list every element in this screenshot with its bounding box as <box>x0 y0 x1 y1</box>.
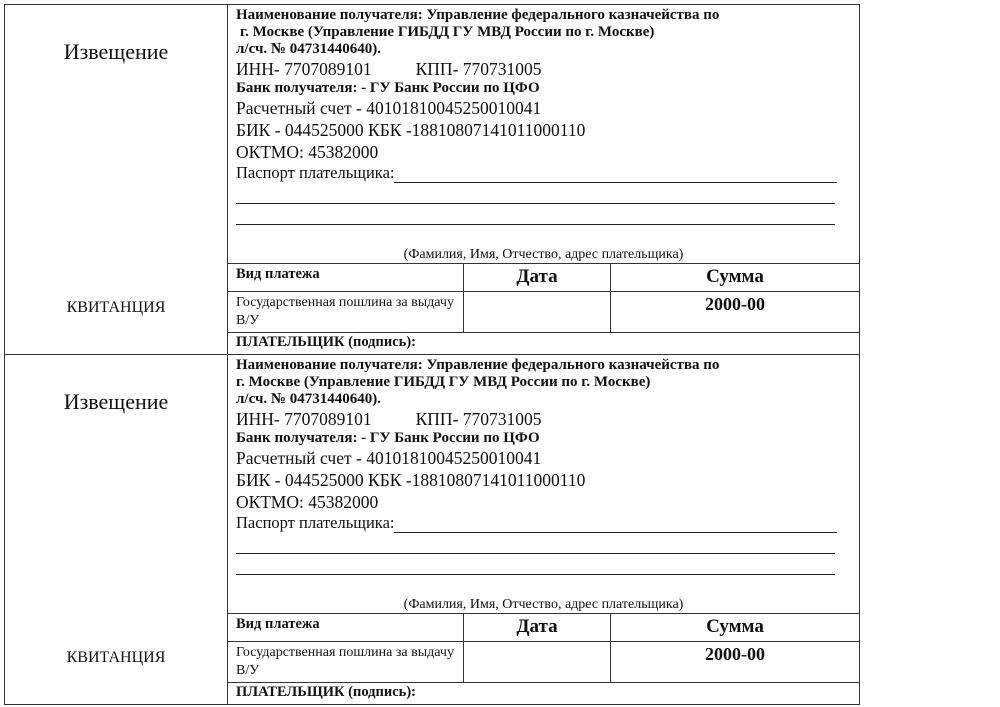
payer-signature[interactable]: ПЛАТЕЛЬЩИК (подпись): <box>228 333 859 351</box>
kpp: КПП- 770731005 <box>416 409 542 429</box>
notice-title: Извещение <box>5 389 227 415</box>
receipt-block-1: Извещение КВИТАНЦИЯ Наименование получат… <box>5 5 859 354</box>
receipt-block-2: Извещение КВИТАНЦИЯ Наименование получат… <box>5 354 859 704</box>
payer-name-hint: (Фамилия, Имя, Отчество, адрес плательщи… <box>228 247 859 263</box>
inn-kpp-line: ИНН- 7707089101КПП- 770731005 <box>236 408 859 430</box>
inn: ИНН- 7707089101 <box>236 59 372 79</box>
receipt-title: КВИТАНЦИЯ <box>5 649 227 667</box>
oktmo-line: ОКТМО: 45382000 <box>236 491 859 513</box>
header-payment-type: Вид платежа <box>228 264 464 291</box>
payment-type: Государственная пошлина за выдачу В/У <box>228 292 464 332</box>
notice-title: Извещение <box>5 39 227 65</box>
payment-date[interactable] <box>464 642 611 682</box>
passport-blank[interactable] <box>394 168 837 183</box>
payment-amount: 2000-00 <box>611 642 859 682</box>
payer-name-blank-2[interactable] <box>236 204 835 225</box>
passport-label: Паспорт плательщика: <box>236 513 394 533</box>
passport-field[interactable]: Паспорт плательщика: <box>236 513 859 533</box>
kpp: КПП- 770731005 <box>416 59 542 79</box>
recipient-line-1: Наименование получателя: Управление феде… <box>236 7 859 24</box>
account-line: Расчетный счет - 40101810045250010041 <box>236 97 859 119</box>
table-header: Вид платежа Дата Сумма <box>228 614 859 642</box>
left-column: Извещение КВИТАНЦИЯ <box>5 355 228 704</box>
inn: ИНН- 7707089101 <box>236 409 372 429</box>
bik-kbk-line: БИК - 044525000 КБК -1881080714101100011… <box>236 119 859 141</box>
payer-name-hint: (Фамилия, Имя, Отчество, адрес плательщи… <box>228 597 859 613</box>
header-amount: Сумма <box>611 264 859 291</box>
left-column: Извещение КВИТАНЦИЯ <box>5 5 228 354</box>
header-payment-type: Вид платежа <box>228 614 464 641</box>
payment-form: Извещение КВИТАНЦИЯ Наименование получат… <box>4 4 860 705</box>
header-date: Дата <box>464 614 611 641</box>
passport-label: Паспорт плательщика: <box>236 163 394 183</box>
inn-kpp-line: ИНН- 7707089101КПП- 770731005 <box>236 58 859 80</box>
bik-kbk-line: БИК - 044525000 КБК -1881080714101100011… <box>236 469 859 491</box>
payment-date[interactable] <box>464 292 611 332</box>
payer-signature[interactable]: ПЛАТЕЛЬЩИК (подпись): <box>228 683 859 701</box>
recipient-line-1: Наименование получателя: Управление феде… <box>236 357 859 374</box>
recipient-line-2: г. Москве (Управление ГИБДД ГУ МВД Росси… <box>236 24 859 41</box>
account-line: Расчетный счет - 40101810045250010041 <box>236 447 859 469</box>
payment-amount: 2000-00 <box>611 292 859 332</box>
table-row: Государственная пошлина за выдачу В/У 20… <box>228 642 859 683</box>
passport-blank[interactable] <box>394 518 837 533</box>
details-column: Наименование получателя: Управление феде… <box>228 355 859 704</box>
header-amount: Сумма <box>611 614 859 641</box>
recipient-line-2: г. Москве (Управление ГИБДД ГУ МВД Росси… <box>236 374 859 391</box>
details-column: Наименование получателя: Управление феде… <box>228 5 859 354</box>
recipient-line-3: л/сч. № 04731440640). <box>236 41 859 58</box>
passport-field[interactable]: Паспорт плательщика: <box>236 163 859 183</box>
bank-line: Банк получателя: - ГУ Банк России по ЦФО <box>236 430 859 447</box>
table-row: Государственная пошлина за выдачу В/У 20… <box>228 292 859 333</box>
oktmo-line: ОКТМО: 45382000 <box>236 141 859 163</box>
table-header: Вид платежа Дата Сумма <box>228 264 859 292</box>
recipient-line-3: л/сч. № 04731440640). <box>236 391 859 408</box>
receipt-title: КВИТАНЦИЯ <box>5 299 227 317</box>
header-date: Дата <box>464 264 611 291</box>
bank-line: Банк получателя: - ГУ Банк России по ЦФО <box>236 80 859 97</box>
payment-table: Вид платежа Дата Сумма Государственная п… <box>228 263 859 351</box>
payment-type: Государственная пошлина за выдачу В/У <box>228 642 464 682</box>
payer-name-blank-1[interactable] <box>236 533 835 554</box>
payment-table: Вид платежа Дата Сумма Государственная п… <box>228 613 859 701</box>
payer-name-blank-1[interactable] <box>236 183 835 204</box>
payer-name-blank-2[interactable] <box>236 554 835 575</box>
